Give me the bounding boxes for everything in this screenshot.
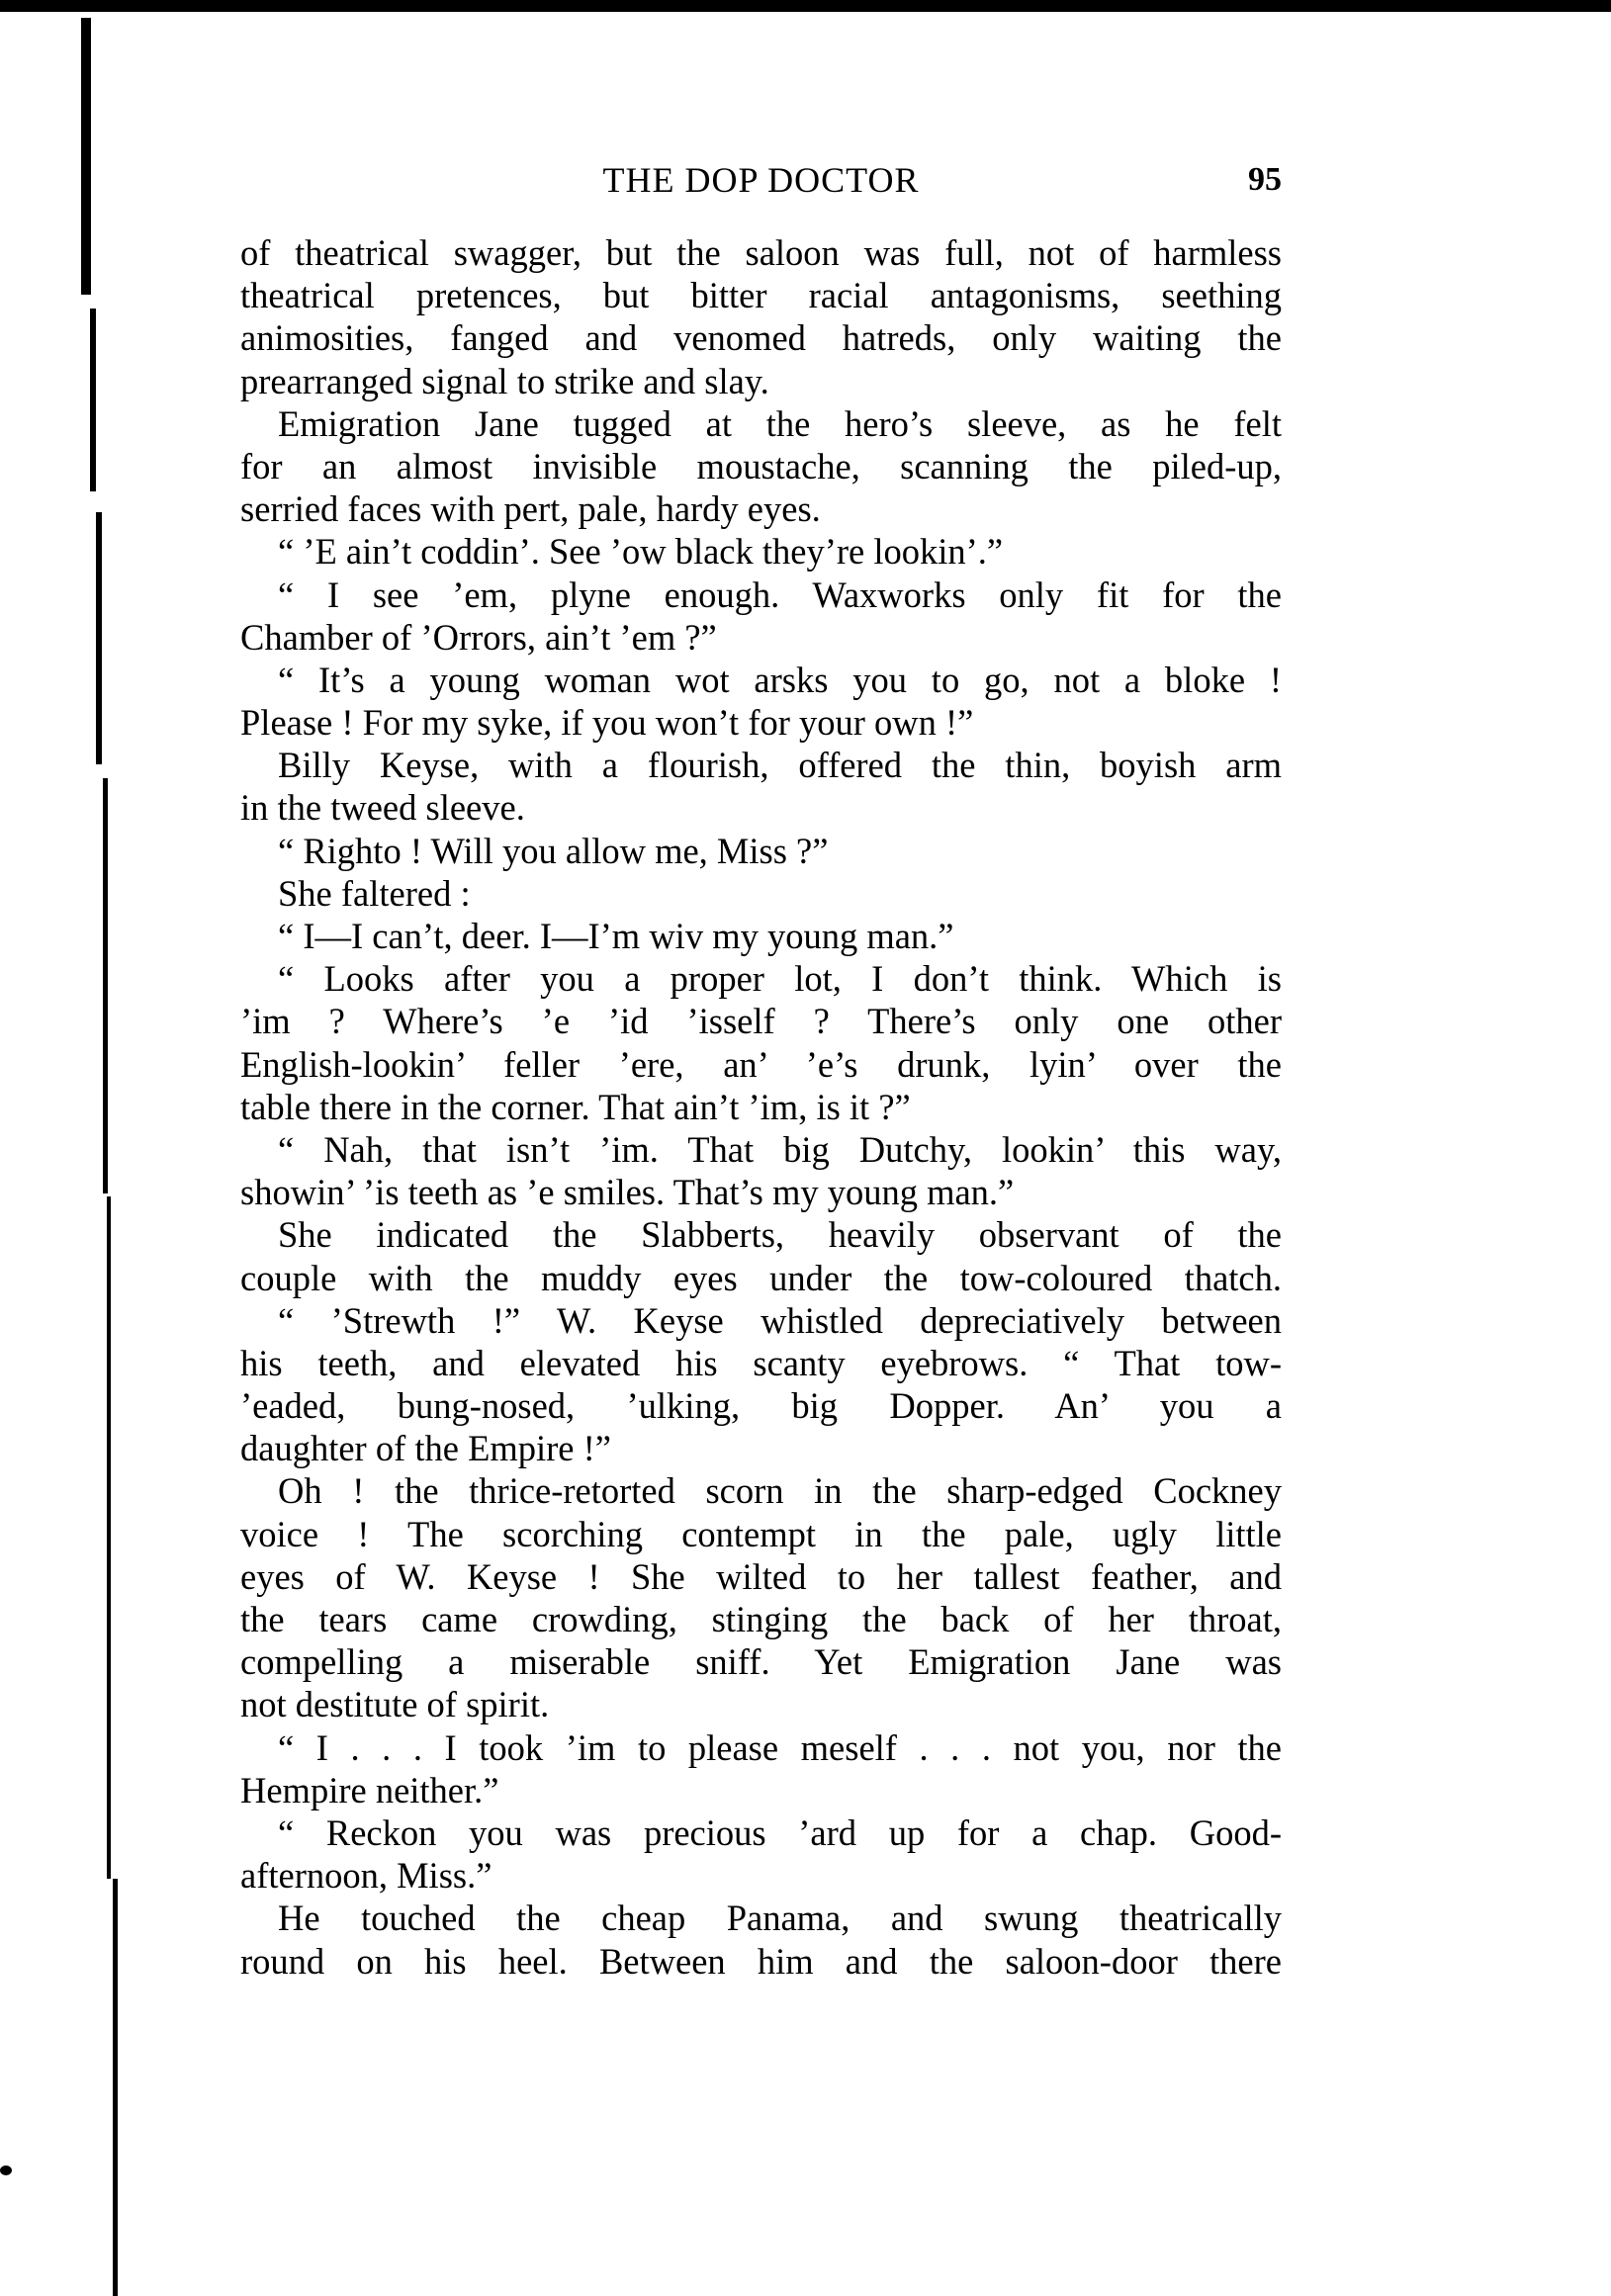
scan-top-border [0,0,1611,12]
binding-edge-line [90,309,96,491]
text-line: voice ! The scorching contempt in the pa… [240,1513,1282,1555]
scan-speck [0,2165,12,2175]
text-line: “ I . . . I took ’im to please meself . … [240,1726,1282,1769]
binding-edge-line [107,1196,111,1879]
text-line: serried faces with pert, pale, hardy eye… [240,487,1282,530]
text-line: his teeth, and elevated his scanty eyebr… [240,1342,1282,1384]
binding-edge-line [103,778,108,1193]
text-line: “ Reckon you was precious ’ard up for a … [240,1811,1282,1854]
text-line: Emigration Jane tugged at the hero’s sle… [240,402,1282,445]
body-text: of theatrical swagger, but the saloon wa… [240,231,1282,1983]
text-line: “ ’Strewth !” W. Keyse whistled deprecia… [240,1299,1282,1342]
text-line: “ Nah, that isn’t ’im. That big Dutchy, … [240,1128,1282,1171]
text-line: “ I—I can’t, deer. I—I’m wiv my young ma… [240,915,1282,957]
text-line: Oh ! the thrice-retorted scorn in the sh… [240,1469,1282,1512]
text-line: ’im ? Where’s ’e ’id ’isself ? There’s o… [240,1000,1282,1042]
text-line: “ Looks after you a proper lot, I don’t … [240,957,1282,1000]
binding-edge-line [81,18,91,295]
page-number: 95 [1248,158,1282,202]
text-line: “ I see ’em, plyne enough. Waxworks only… [240,574,1282,616]
binding-edge-line [96,512,102,764]
text-line: prearranged signal to strike and slay. [240,360,1282,402]
text-line: Chamber of ’Orrors, ain’t ’em ?” [240,616,1282,659]
text-line: Hempire neither.” [240,1769,1282,1811]
text-line: compelling a miserable sniff. Yet Emigra… [240,1640,1282,1683]
text-line: of theatrical swagger, but the saloon wa… [240,231,1282,274]
text-line: table there in the corner. That ain’t ’i… [240,1086,1282,1128]
text-line: She indicated the Slabberts, heavily obs… [240,1213,1282,1256]
running-head: THE DOP DOCTOR 95 [240,158,1282,202]
running-title: THE DOP DOCTOR [240,158,1282,202]
text-line: theatrical pretences, but bitter racial … [240,274,1282,316]
text-line: not destitute of spirit. [240,1683,1282,1725]
text-line: eyes of W. Keyse ! She wilted to her tal… [240,1555,1282,1598]
text-line: “ Righto ! Will you allow me, Miss ?” [240,830,1282,872]
text-line: daughter of the Empire !” [240,1427,1282,1469]
text-line: She faltered : [240,872,1282,915]
text-line: English-lookin’ feller ’ere, an’ ’e’s dr… [240,1043,1282,1086]
text-line: the tears came crowding, stinging the ba… [240,1598,1282,1640]
text-line: Billy Keyse, with a flourish, offered th… [240,744,1282,786]
text-line: “ ’E ain’t coddin’. See ’ow black they’r… [240,530,1282,573]
text-line: for an almost invisible moustache, scann… [240,445,1282,487]
text-line: Please ! For my syke, if you won’t for y… [240,701,1282,744]
text-line: ’eaded, bung-nosed, ’ulking, big Dopper.… [240,1384,1282,1427]
text-line: round on his heel. Between him and the s… [240,1940,1282,1983]
text-line: in the tweed sleeve. [240,786,1282,829]
text-line: animosities, fanged and venomed hatreds,… [240,316,1282,359]
text-line: He touched the cheap Panama, and swung t… [240,1897,1282,1939]
text-line: showin’ ’is teeth as ’e smiles. That’s m… [240,1171,1282,1213]
text-line: “ It’s a young woman wot arsks you to go… [240,659,1282,701]
text-line: afternoon, Miss.” [240,1854,1282,1897]
binding-edge-line [113,1879,118,2296]
text-line: couple with the muddy eyes under the tow… [240,1257,1282,1299]
